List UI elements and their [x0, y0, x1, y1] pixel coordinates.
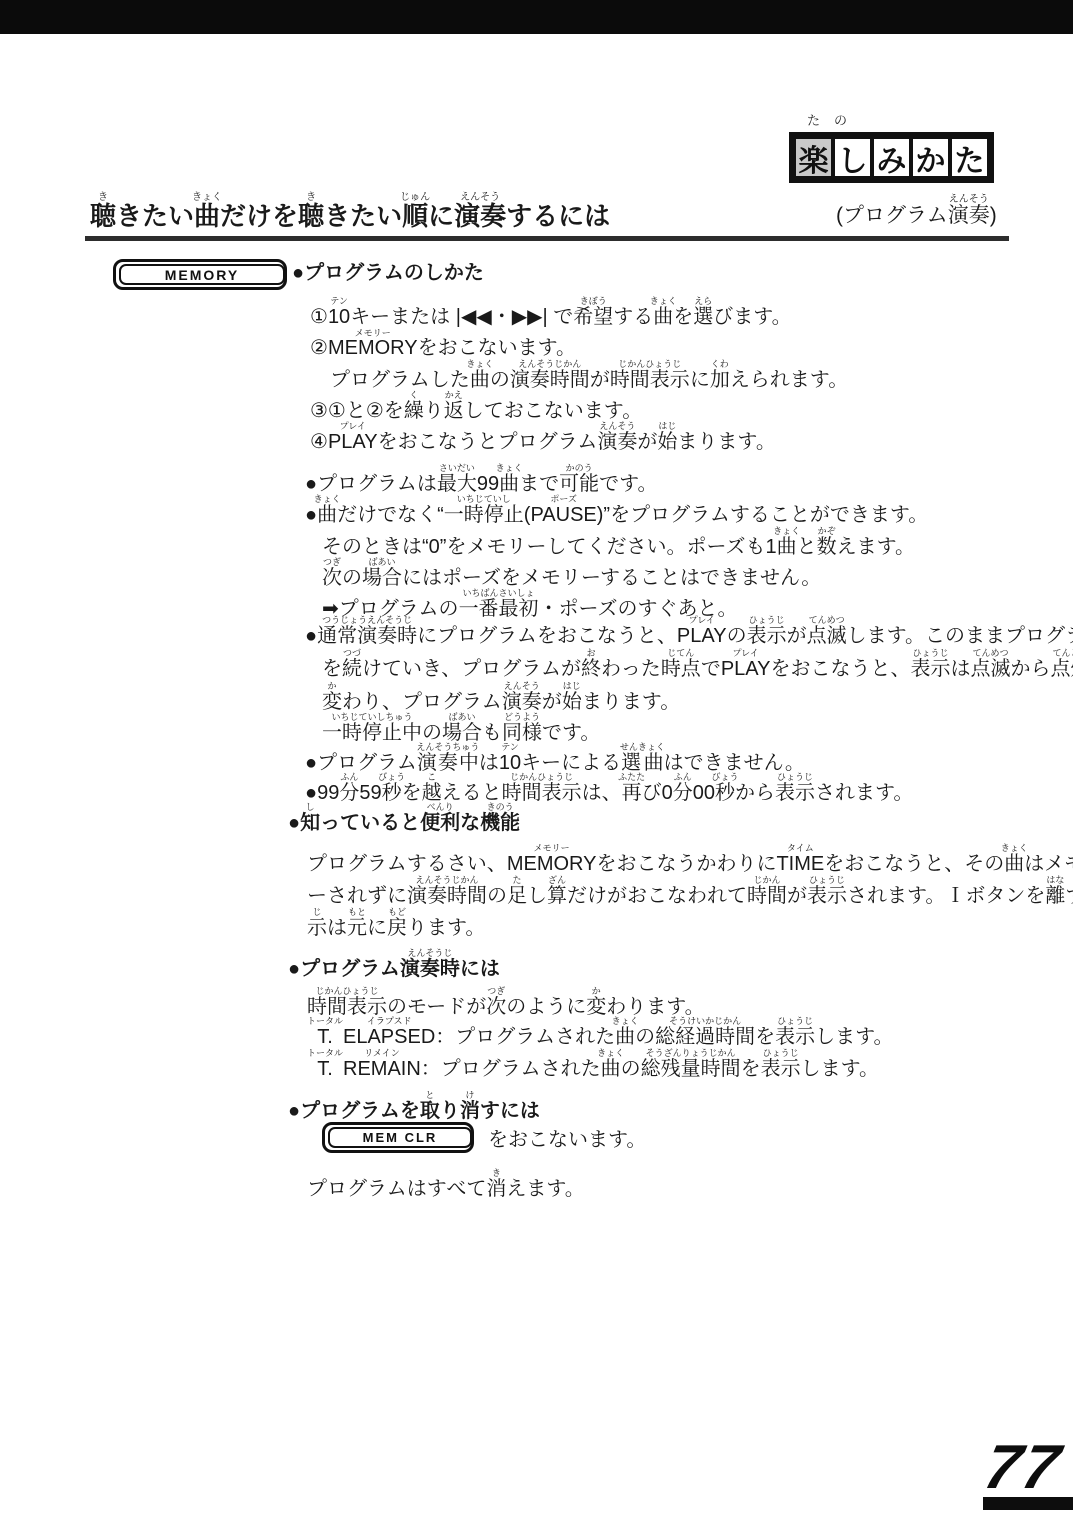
memory-button-label: MEMORY [119, 264, 285, 285]
banner-cell: た [952, 139, 987, 176]
banner: たの 楽 し み か た [789, 110, 994, 183]
handy-line: プログラムするさい、MEMORYメモリーをおこなうかわりにTIMEタイムをおこな… [307, 843, 1073, 876]
memclr-instruction: をおこないます。 [488, 1123, 646, 1152]
note-line: 次つぎの場合ばあいにはポーズをメモリーすることはできません。 [322, 557, 821, 590]
banner-cell: か [913, 139, 948, 176]
note-line: ●プログラム演奏中えんそうちゅうは10テンキーによる選曲せんきょくはできません。 [305, 742, 805, 775]
page-title: 聴ききたい曲きょくだけを聴ききたい順じゅんに演奏えんそうするには [90, 192, 610, 232]
handy-line: ーされずに演奏時間えんそうじかんの足たし算ざんだけがおこなわれて時間じかんが表示… [307, 875, 1073, 908]
during-line: 時間表示じかんひょうじのモードが次つぎのように変かわります。 [307, 986, 705, 1019]
banner-cell: 楽 [796, 139, 831, 176]
memclr-row: MEM CLR をおこないます。 [322, 1122, 646, 1153]
mem-clr-button: MEM CLR [322, 1122, 474, 1153]
howto-step-4: ④PLAYプレイをおこなうとプログラム演奏えんそうが始はじまります。 [310, 421, 776, 454]
memory-button: MEMORY [113, 259, 287, 290]
note-line: を続つづけていき、プログラムが終おわった時点じてんでPLAYプレイをおこなうと、… [322, 648, 1073, 681]
banner-box: 楽 し み か た [789, 132, 994, 183]
howto-title: ●プログラムのしかた [292, 262, 484, 285]
note-line: ●曲きょくだけでなく“一時停止いちじていし(PAUSEポーズ)”をプログラムする… [305, 494, 928, 527]
mem-clr-button-label: MEM CLR [328, 1127, 472, 1148]
note-line: ●通常演奏時つうじょうえんそうじにプログラムをおこなうと、PLAYプレイの表示ひ… [305, 615, 1073, 648]
page-number-bar [983, 1497, 1073, 1510]
note-line: ●プログラムは最大さいだい99曲きょくまで可能かのうです。 [305, 463, 658, 496]
during-line: T.トータルELAPSEDイラプスド：プログラムされた曲きょくの総経過時間そうけ… [307, 1016, 894, 1049]
top-edge-bar [0, 0, 1073, 34]
note-line: そのときは“0”をメモリーしてください。ポーズも1曲きょくと数かぞえます。 [322, 526, 915, 559]
subtitle: (プログラム演奏えんそう) [836, 194, 997, 228]
page-number: 77 [978, 1432, 1068, 1503]
during-title: ●プログラム演奏時えんそうじには [288, 948, 500, 981]
handy-line: 示じは元もとに戻もどります。 [307, 907, 485, 940]
howto-step-3: ③①と②を繰くり返かえしておこないます。 [310, 390, 642, 423]
handy-title: ●知しっていると便利べんりな機能きのう [288, 802, 520, 835]
note-line: 変かわり、プログラム演奏えんそうが始はじまります。 [322, 681, 680, 714]
howto-step-1: ①10テンキーまたは |◀◀・▶▶| で希望きぼうする曲きょくを選えらびます。 [310, 296, 792, 329]
cancel-title: ●プログラムを取とり消けすには [288, 1090, 540, 1123]
howto-step-2: ②MEMORYメモリーをおこないます。 [310, 328, 576, 360]
banner-cell: み [874, 139, 909, 176]
heading-rule [85, 236, 1009, 241]
howto-step-2-note: プログラムした曲きょくの演奏時間えんそうじかんが時間表示じかんひょうじに加くわえ… [330, 359, 848, 392]
note-line: ●99分ふん59秒びょうを越こえると時間表示じかんひょうじは、再ふたたび0分ふん… [305, 772, 913, 805]
banner-cell: し [835, 139, 870, 176]
during-line: T.トータルREMAINリメイン：プログラムされた曲きょくの総残量時間そうざんり… [307, 1048, 879, 1081]
cancel-result: プログラムはすべて消きえます。 [307, 1168, 585, 1201]
banner-furigana: たの [807, 110, 994, 129]
note-line: 一時停止中いちじていしちゅうの場合ばあいも同様どうようです。 [322, 712, 600, 745]
